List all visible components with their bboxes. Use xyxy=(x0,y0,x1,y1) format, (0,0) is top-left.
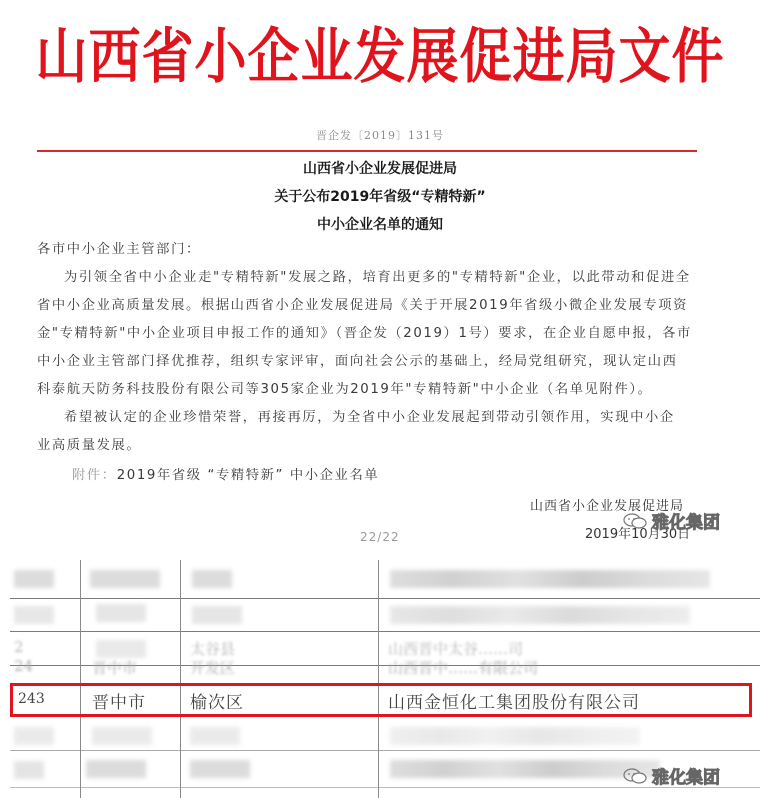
table-col-divider xyxy=(80,560,81,798)
blurred-cell xyxy=(14,570,54,588)
watermark-text: 雅化集团 xyxy=(652,763,720,788)
blurred-cell xyxy=(96,640,146,658)
notice-issuer: 山西省小企业发展促进局 xyxy=(0,158,760,178)
table-col-divider xyxy=(378,560,379,798)
blurred-cell xyxy=(96,604,146,622)
attachment-label: 附件： xyxy=(72,468,117,483)
blurred-cell xyxy=(192,570,232,588)
wechat-icon xyxy=(622,512,648,530)
blurred-cell xyxy=(390,727,640,745)
paragraph-line: 为引领全省中小企业走"专精特新"发展之路，培育出更多的"专精特新"企业，以此带动… xyxy=(37,264,717,292)
table-row-divider xyxy=(10,631,760,632)
page-indicator: 22/22 xyxy=(360,530,400,544)
wechat-icon xyxy=(622,767,648,785)
paragraph-line: 省中小企业高质量发展。根据山西省小企业发展促进局《关于开展2019年省级小微企业… xyxy=(37,292,717,320)
blurred-cell xyxy=(390,570,710,588)
watermark-text: 雅化集团 xyxy=(652,508,720,533)
blurred-cell xyxy=(90,570,160,588)
paragraph-2: 希望被认定的企业珍惜荣誉，再接再厉，为全省中小企业发展起到带动引领作用，实现中小… xyxy=(37,404,717,460)
faded-cell-district: 太谷县 xyxy=(190,638,235,659)
blurred-cell xyxy=(86,760,146,778)
paragraph-line: 希望被认定的企业珍惜荣誉，再接再厉，为全省中小企业发展起到带动引领作用，实现中小… xyxy=(37,404,717,432)
watermark-top: 雅化集团 xyxy=(622,508,720,533)
blurred-cell xyxy=(190,727,240,745)
paragraph-line: 金"专精特新"中小企业项目申报工作的通知》（晋企发（2019）1号）要求，在企业… xyxy=(37,320,717,348)
blurred-cell xyxy=(190,760,250,778)
faded-cell-number: 2 xyxy=(14,638,24,656)
blurred-cell xyxy=(14,727,54,745)
faded-cell-company: 山西晋中……有限公司 xyxy=(388,657,538,678)
row-district: 榆次区 xyxy=(190,688,244,713)
blurred-cell xyxy=(14,761,44,779)
blurred-cell xyxy=(390,606,690,624)
faded-cell-district: 开发区 xyxy=(190,657,235,678)
blurred-cell xyxy=(192,606,242,624)
attachment-title: 2019年省级 “专精特新” 中小企业名单 xyxy=(117,468,380,483)
blurred-cell xyxy=(14,606,54,624)
table-row-divider xyxy=(10,750,760,751)
watermark-bottom: 雅化集团 xyxy=(622,763,720,788)
document-number: 晋企发〔2019〕131号 xyxy=(0,127,760,143)
faded-cell-company: 山西晋中太谷……司 xyxy=(388,638,523,659)
paragraph-line: 中小企业主管部门择优推荐，组织专家评审，面向社会公示的基础上，经局党组研究，现认… xyxy=(37,348,717,376)
paragraph-1: 为引领全省中小企业走"专精特新"发展之路，培育出更多的"专精特新"企业，以此带动… xyxy=(37,264,717,404)
document-header-title: 山西省小企业发展促进局文件 xyxy=(0,8,760,94)
notice-title-line: 关于公布2019年省级“专精特新” xyxy=(0,186,760,206)
notice-title-line: 中小企业名单的通知 xyxy=(0,214,760,234)
header-divider xyxy=(37,150,697,152)
row-company: 山西金恒化工集团股份有限公司 xyxy=(388,688,640,713)
row-number: 243 xyxy=(18,691,45,707)
blurred-cell xyxy=(390,760,660,778)
paragraph-line: 业高质量发展。 xyxy=(37,432,717,460)
attachment-line: 附件：2019年省级 “专精特新” 中小企业名单 xyxy=(37,462,752,490)
table-col-divider xyxy=(180,560,181,798)
faded-cell-number: 24 xyxy=(14,657,33,675)
faded-cell-city: 晋中市 xyxy=(92,657,137,678)
blurred-cell xyxy=(92,727,152,745)
paragraph-line: 科泰航天防务科技股份有限公司等305家企业为2019年"专精特新"中小企业（名单… xyxy=(37,376,717,404)
row-city: 晋中市 xyxy=(92,688,146,713)
salutation: 各市中小企业主管部门： xyxy=(37,236,717,264)
table-row-divider xyxy=(10,598,760,599)
